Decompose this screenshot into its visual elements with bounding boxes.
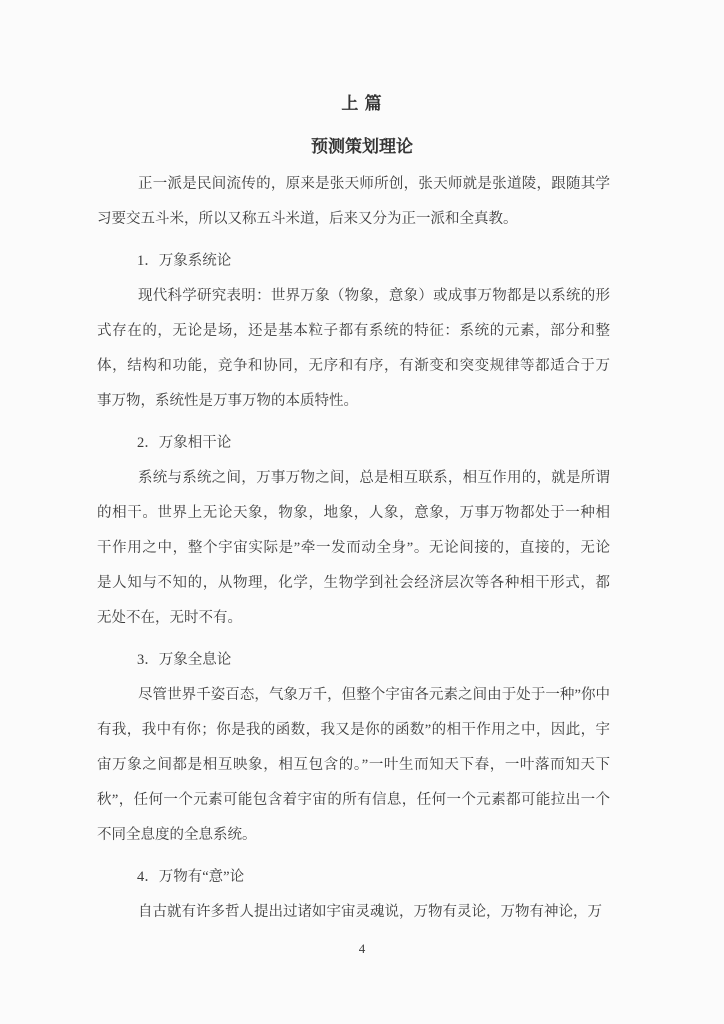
paragraph: 系统与系统之间，万事万物之间，总是相互联系，相互作用的，就是所谓的相干。世界上无… [97, 461, 610, 636]
text-line: 体，结构和功能，竞争和协同，无序和有序，有渐变和突变规律等都适合于万 [97, 349, 610, 384]
text-line: 的相干。世界上无论天象，物象，地象，人象，意象，万事万物都处于一种相 [97, 496, 610, 531]
text-line: 宙万象之间都是相互映象，相互包含的。”一叶生而知天下春，一叶落而知天下 [97, 748, 610, 783]
text-line: 系统与系统之间，万事万物之间，总是相互联系，相互作用的，就是所谓 [97, 461, 610, 496]
section-heading: 3．万象全息论 [97, 643, 610, 678]
paragraph: 正一派是民间流传的，原来是张天师所创，张天师就是张道陵，跟随其学习要交五斗米，所… [97, 167, 610, 237]
text-line: 现代科学研究表明：世界万象（物象，意象）或成事万物都是以系统的形 [97, 279, 610, 314]
text-line: 正一派是民间流传的，原来是张天师所创，张天师就是张道陵，跟随其学 [97, 167, 610, 202]
paragraph: 自古就有许多哲人提出过诸如宇宙灵魂说，万物有灵论，万物有神论，万 [97, 895, 610, 930]
paragraph: 尽管世界千姿百态，气象万千，但整个宇宙各元素之间由于处于一种”你中有我，我中有你… [97, 678, 610, 853]
section-heading: 1．万象系统论 [97, 244, 610, 279]
text-line: 无处不在，无时不有。 [97, 601, 610, 636]
text-line: 不同全息度的全息系统。 [97, 818, 610, 853]
text-line: 事万物，系统性是万事万物的本质特性。 [97, 384, 610, 419]
paragraph: 现代科学研究表明：世界万象（物象，意象）或成事万物都是以系统的形式存在的，无论是… [97, 279, 610, 419]
section-heading: 4．万物有“意”论 [97, 860, 610, 895]
document-page: 上 篇 预测策划理论 正一派是民间流传的，原来是张天师所创，张天师就是张道陵，跟… [0, 0, 724, 1024]
text-line: 尽管世界千姿百态，气象万千，但整个宇宙各元素之间由于处于一种”你中 [97, 678, 610, 713]
text-line: 有我，我中有你；你是我的函数，我又是你的函数”的相干作用之中，因此，宇 [97, 713, 610, 748]
document-blocks: 正一派是民间流传的，原来是张天师所创，张天师就是张道陵，跟随其学习要交五斗米，所… [97, 167, 610, 930]
text-line: 秋”，任何一个元素可能包含着宇宙的所有信息，任何一个元素都可能拉出一个 [97, 783, 610, 818]
text-line: 干作用之中，整个宇宙实际是”牵一发而动全身”。无论间接的，直接的，无论 [97, 531, 610, 566]
page-subtitle: 预测策划理论 [0, 129, 724, 164]
page-number: 4 [0, 939, 724, 959]
text-line: 自古就有许多哲人提出过诸如宇宙灵魂说，万物有灵论，万物有神论，万 [97, 895, 610, 930]
page-title: 上 篇 [0, 86, 724, 121]
text-line: 式存在的，无论是场，还是基本粒子都有系统的特征：系统的元素，部分和整 [97, 314, 610, 349]
text-line: 习要交五斗米，所以又称五斗米道，后来又分为正一派和全真教。 [97, 202, 610, 237]
text-line: 是人知与不知的，从物理，化学，生物学到社会经济层次等各种相干形式，都 [97, 566, 610, 601]
section-heading: 2．万象相干论 [97, 426, 610, 461]
